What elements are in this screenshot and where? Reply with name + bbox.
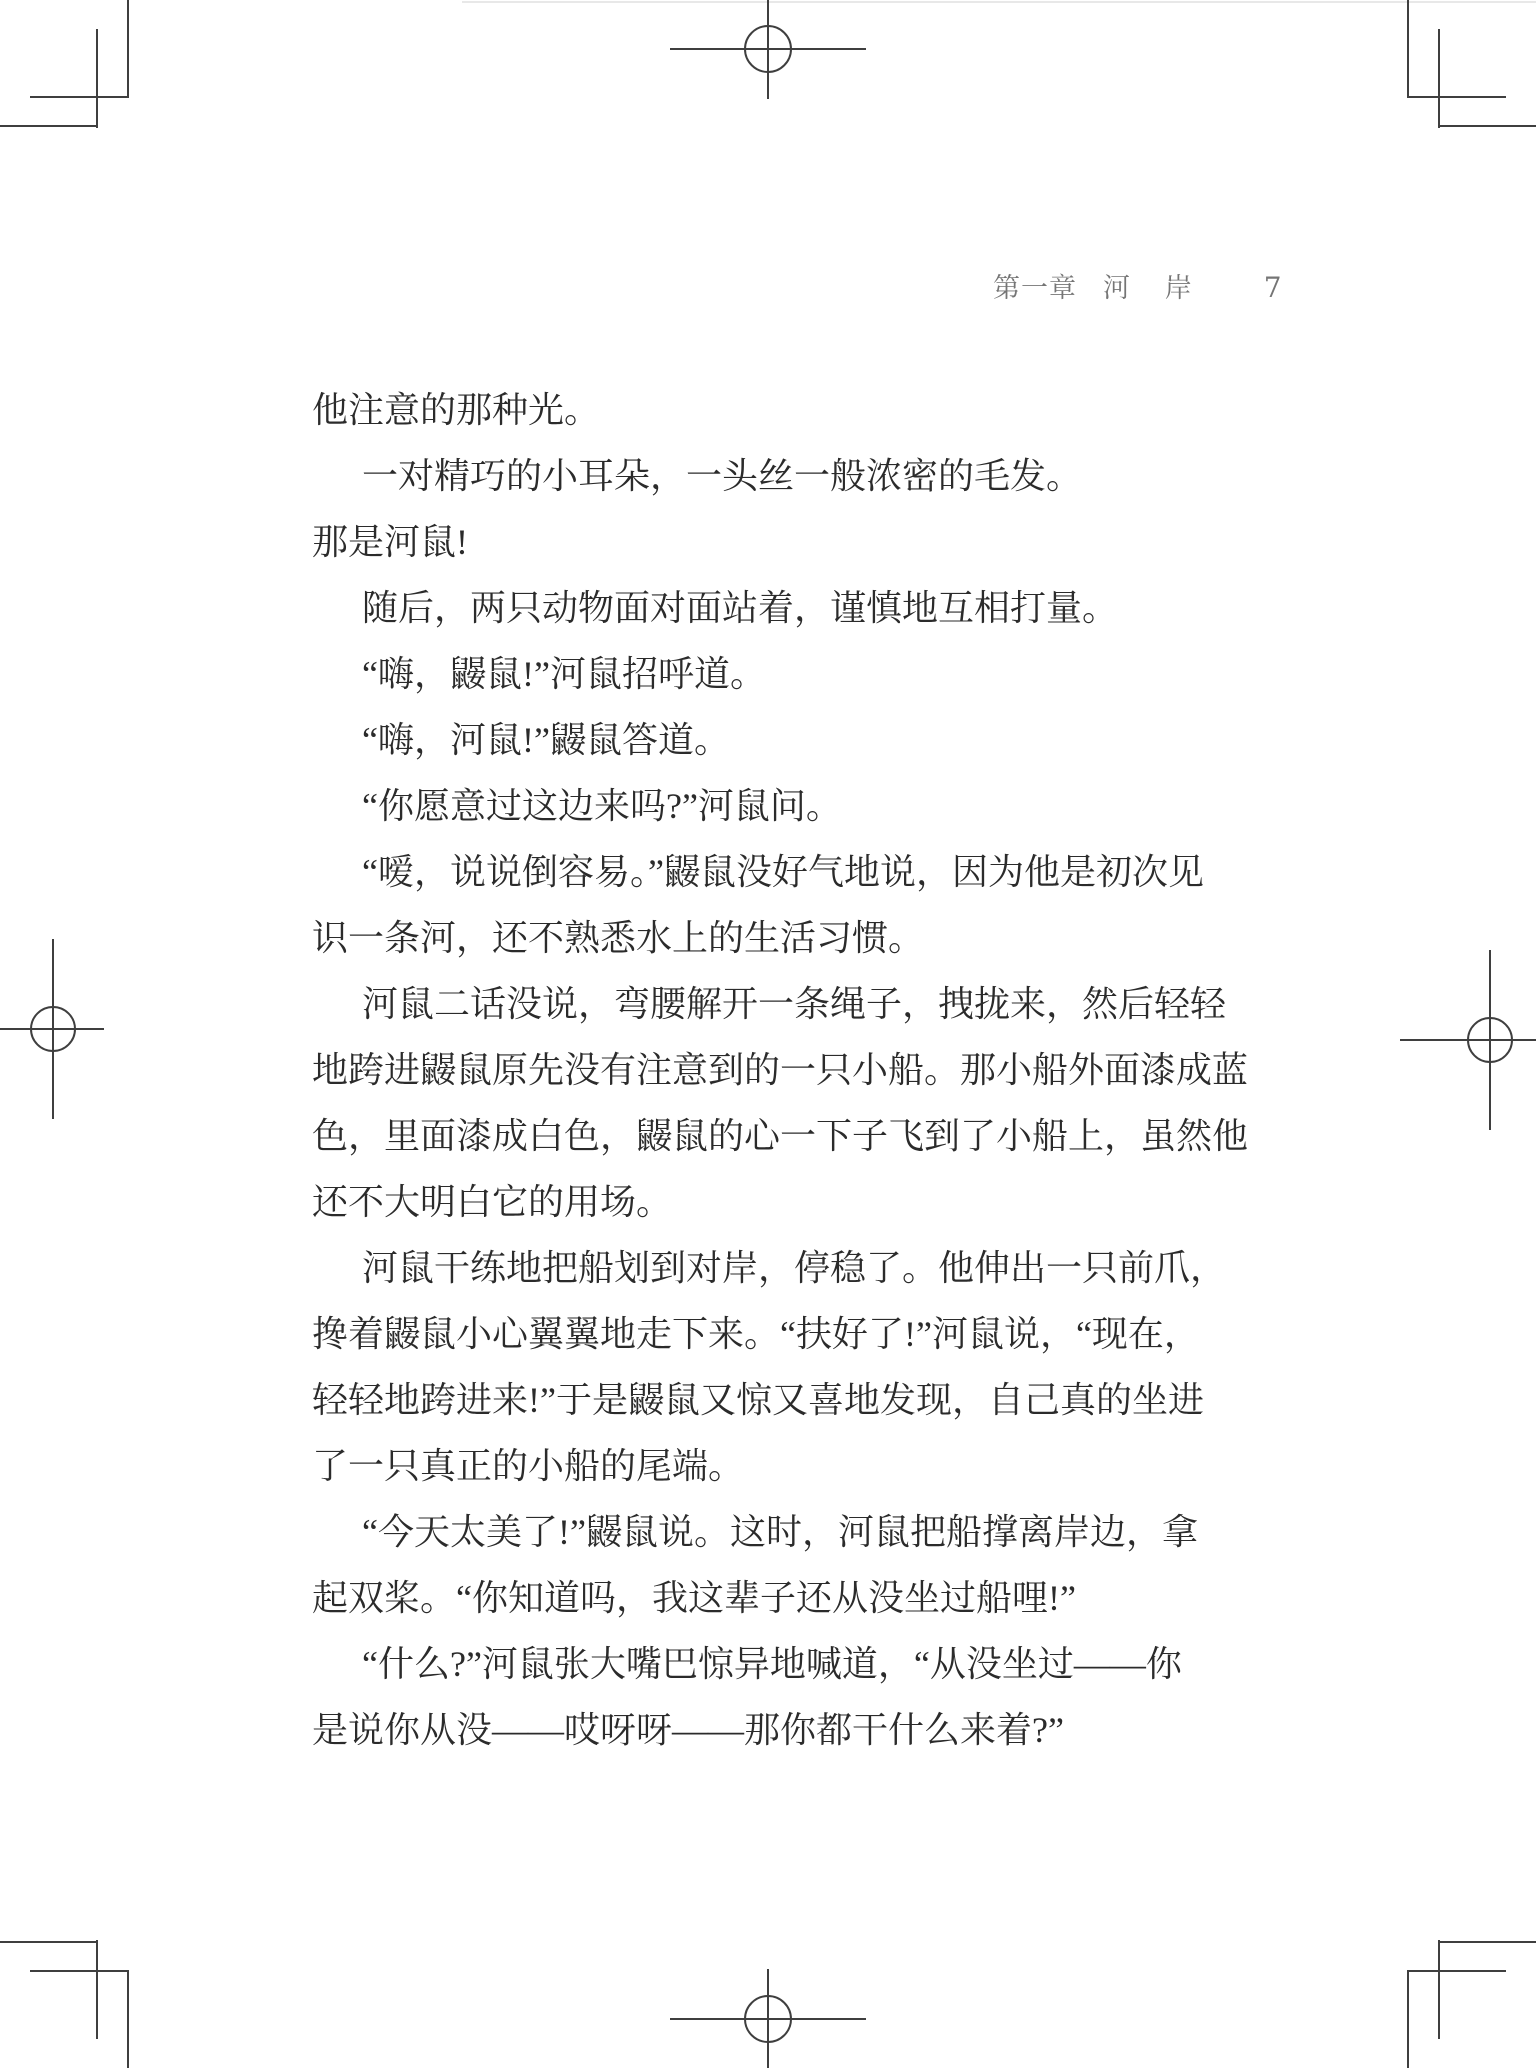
text-line: 搀着鼹鼠小心翼翼地走下来。“扶好了!”河鼠说，“现在， [312,1301,1252,1367]
body-text: 他注意的那种光。 一对精巧的小耳朵，一头丝一般浓密的毛发。 那是河鼠! 随后，两… [312,377,1252,1763]
chapter-title: 河 岸 [1103,273,1206,303]
text-line: 一对精巧的小耳朵，一头丝一般浓密的毛发。 [312,443,1252,509]
text-line: 色，里面漆成白色，鼹鼠的心一下子飞到了小船上，虽然他 [312,1103,1252,1169]
page-header: 第一章河 岸7 [993,266,1282,300]
text-line: 地跨进鼹鼠原先没有注意到的一只小船。那小船外面漆成蓝 [312,1037,1252,1103]
crop-mark-bottom-right-icon [1406,1938,1536,2068]
text-line: 还不大明白它的用场。 [312,1169,1252,1235]
text-line: 河鼠干练地把船划到对岸，停稳了。他伸出一只前爪， [312,1235,1252,1301]
scan-edge-line [462,1,1536,3]
text-line: 随后，两只动物面对面站着，谨慎地互相打量。 [312,575,1252,641]
book-page: 第一章河 岸7 他注意的那种光。 一对精巧的小耳朵，一头丝一般浓密的毛发。 那是… [0,0,1536,2068]
crop-mark-top-left-icon [0,0,130,130]
text-line: “什么?”河鼠张大嘴巴惊异地喊道，“从没坐过——你 [312,1631,1252,1697]
text-line: “嗳，说说倒容易。”鼹鼠没好气地说，因为他是初次见 [312,839,1252,905]
chapter-label: 第一章 [993,273,1077,303]
text-line: 河鼠二话没说，弯腰解开一条绳子，拽拢来，然后轻轻 [312,971,1252,1037]
text-line: 起双桨。“你知道吗，我这辈子还从没坐过船哩!” [312,1565,1252,1631]
text-line: 是说你从没——哎呀呀——那你都干什么来着?” [312,1697,1252,1763]
text-line: 识一条河，还不熟悉水上的生活习惯。 [312,905,1252,971]
text-line: “嗨，河鼠!”鼹鼠答道。 [312,707,1252,773]
page-number: 7 [1264,271,1282,304]
text-line: “嗨，鼹鼠!”河鼠招呼道。 [312,641,1252,707]
crop-mark-bottom-left-icon [0,1938,130,2068]
text-line: 了一只真正的小船的尾端。 [312,1433,1252,1499]
crop-mark-top-right-icon [1406,0,1536,130]
text-line: “你愿意过这边来吗?”河鼠问。 [312,773,1252,839]
text-line: 他注意的那种光。 [312,377,1252,443]
text-line: 那是河鼠! [312,509,1252,575]
text-line: “今天太美了!”鼹鼠说。这时，河鼠把船撑离岸边，拿 [312,1499,1252,1565]
text-line: 轻轻地跨进来!”于是鼹鼠又惊又喜地发现，自己真的坐进 [312,1367,1252,1433]
